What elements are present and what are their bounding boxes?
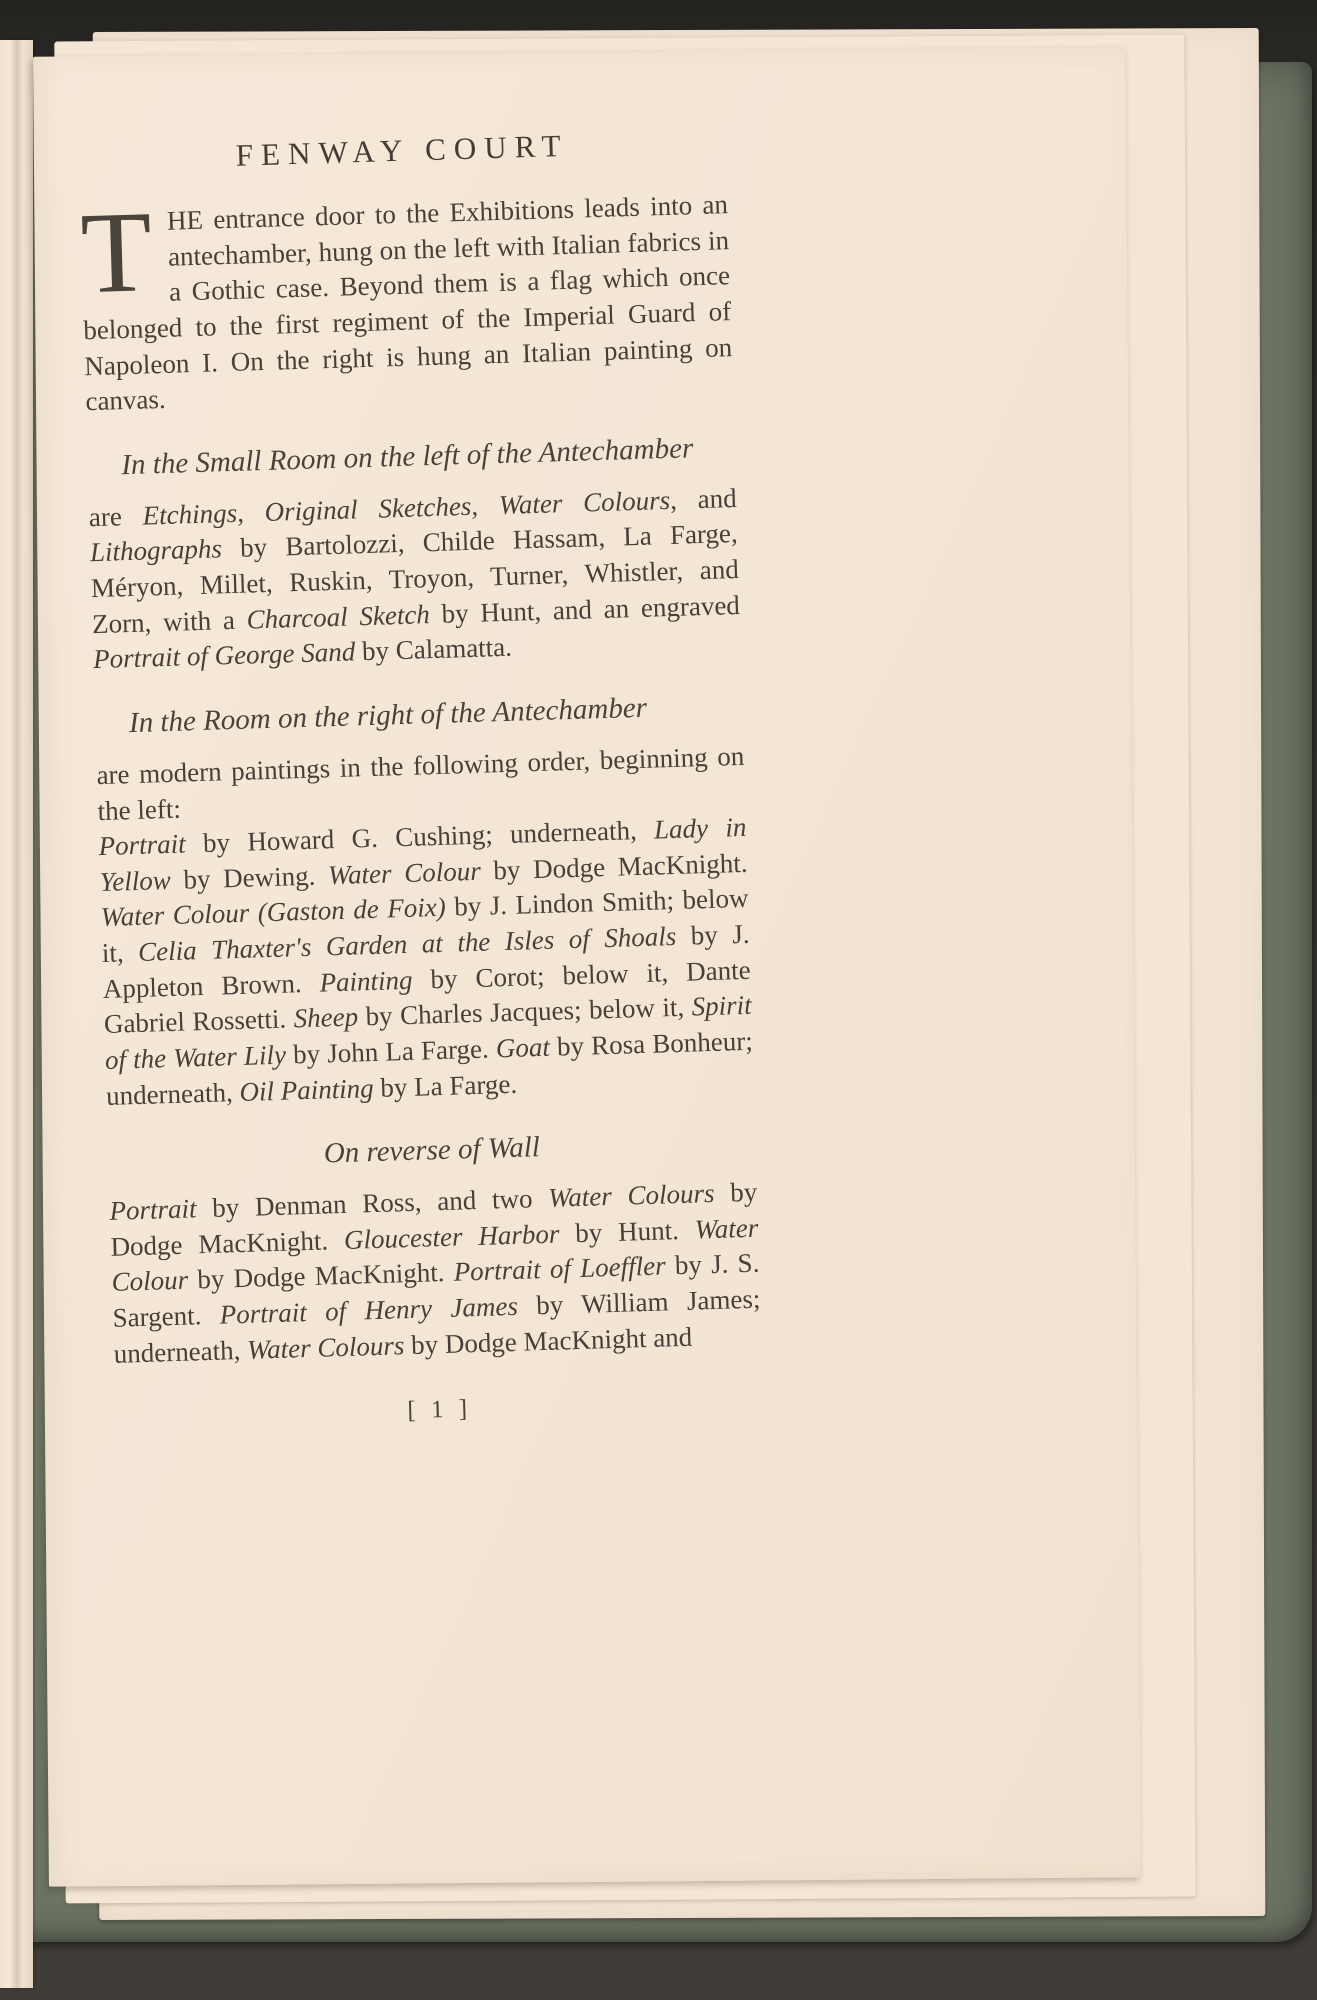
section-body: Portrait by Denman Ross, and two Water C… (109, 1175, 762, 1372)
section-heading: In the Room on the right of the Antecham… (95, 689, 744, 741)
section-heading: On reverse of Wall (107, 1125, 756, 1177)
section-reverse-of-wall: On reverse of Wall Portrait by Denman Ro… (107, 1125, 761, 1372)
section-body: are modern paintings in the following or… (96, 739, 754, 1114)
section-heading: In the Small Room on the left of the Ant… (87, 431, 736, 483)
section-room-right: In the Room on the right of the Antecham… (95, 689, 755, 1114)
opening-paragraph: THE entrance door to the Exhibitions lea… (80, 187, 734, 420)
catalog-page: FENWAY COURT THE entrance door to the Ex… (33, 47, 1141, 1886)
page-title: FENWAY COURT (78, 123, 727, 178)
left-pages-fore-edge (0, 40, 33, 1988)
section-body: are Etchings, Original Sketches, Water C… (88, 481, 741, 678)
book-photograph: FENWAY COURT THE entrance door to the Ex… (0, 0, 1317, 2000)
section-small-room-left: In the Small Room on the left of the Ant… (87, 431, 741, 678)
drop-cap: T (80, 204, 170, 299)
text-block: FENWAY COURT THE entrance door to the Ex… (78, 123, 764, 1434)
opening-paragraph-text: HE entrance door to the Exhibitions lead… (83, 189, 733, 416)
page-number: [ 1 ] (115, 1387, 764, 1434)
